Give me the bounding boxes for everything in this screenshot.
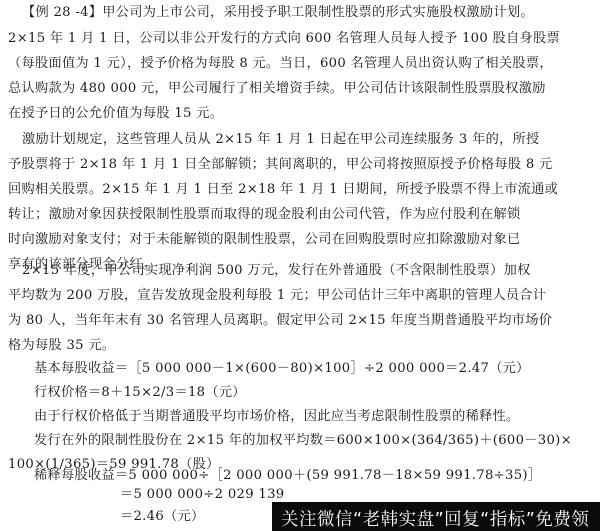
example-text-line: 2×15 年度，甲公司实现净利润 500 万元，发行在外普通股（不含限制性股票）… [22, 262, 531, 279]
example-text-line: 激励计划规定，这些管理人员从 2×15 年 1 月 1 日起在甲公司连续服务 3… [22, 131, 540, 148]
weighted-average-formula: 发行在外的限制性股份在 2×15 年的加权平均数＝600×100×(364/36… [34, 432, 572, 449]
diluted-eps-formula: 稀释每股收益＝5 000 000÷［2 000 000＋(59 991.78－1… [34, 467, 541, 484]
promo-banner: 关注微信“老韩实盘”回复“指标”免费领 [272, 502, 600, 531]
diluted-eps-step: ＝5 000 000÷2 029 139 [120, 486, 284, 503]
example-text-line: 2×15 年 1 月 1 日，公司以非公开发行的方式向 600 名管理人员每人授… [8, 30, 560, 47]
example-text-line: 总认购款为 480 000 元，甲公司履行了相关增资手续。甲公司估计该限制性股票… [8, 80, 546, 97]
example-text-line: 回购相关股票。2×15 年 1 月 1 日至 2×18 年 1 月 1 日期间，… [8, 181, 558, 198]
example-text-line: （每股面值为 1 元），授予价格为每股 8 元。当日，600 名管理人员出资认购… [8, 55, 553, 72]
example-text-line: 格为每股 35 元。 [8, 337, 115, 354]
basic-eps-formula: 基本每股收益＝［5 000 000－1×(600－80)×100］÷2 000 … [34, 360, 530, 377]
diluted-eps-result: ＝2.46（元） [120, 508, 205, 525]
example-text-line: 时向激励对象支付；对于未能解锁的限制性股票，公司在回购股票时应扣除激励对象已 [8, 231, 521, 248]
textbook-page: 【例 28 -4】甲公司为上市公司，采用授予职工限制性股票的形式实施股权激励计划… [0, 0, 600, 531]
example-text-line: 为 80 人，当年年末有 30 名管理人员离职。假定甲公司 2×15 年度当期普… [8, 312, 552, 329]
example-text-line: 平均数为 200 万股，宣告发放现金股利每股 1 元；甲公司估计三年中离职的管理… [8, 287, 546, 304]
dilution-note: 由于行权价格低于当期普通股平均市场价格，因此应当考虑限制性股票的稀释性。 [34, 408, 520, 425]
example-text-line: 转让；激励对象因获授限制性股票而取得的现金股利由公司代管，作为应付股利在解锁 [8, 206, 521, 223]
example-text-line: 予股票将于 2×18 年 1 月 1 日全部解锁；其间离职的，甲公司将按照原授予… [8, 156, 553, 173]
example-text-line: 【例 28 -4】甲公司为上市公司，采用授予职工限制性股票的形式实施股权激励计划… [22, 4, 534, 21]
exercise-price-formula: 行权价格＝8＋15×2/3＝18（元） [34, 384, 246, 401]
promo-banner-text: 关注微信“老韩实盘”回复“指标”免费领 [281, 506, 589, 531]
example-text-line: 在授予日的公允价值为每股 15 元。 [8, 105, 223, 122]
